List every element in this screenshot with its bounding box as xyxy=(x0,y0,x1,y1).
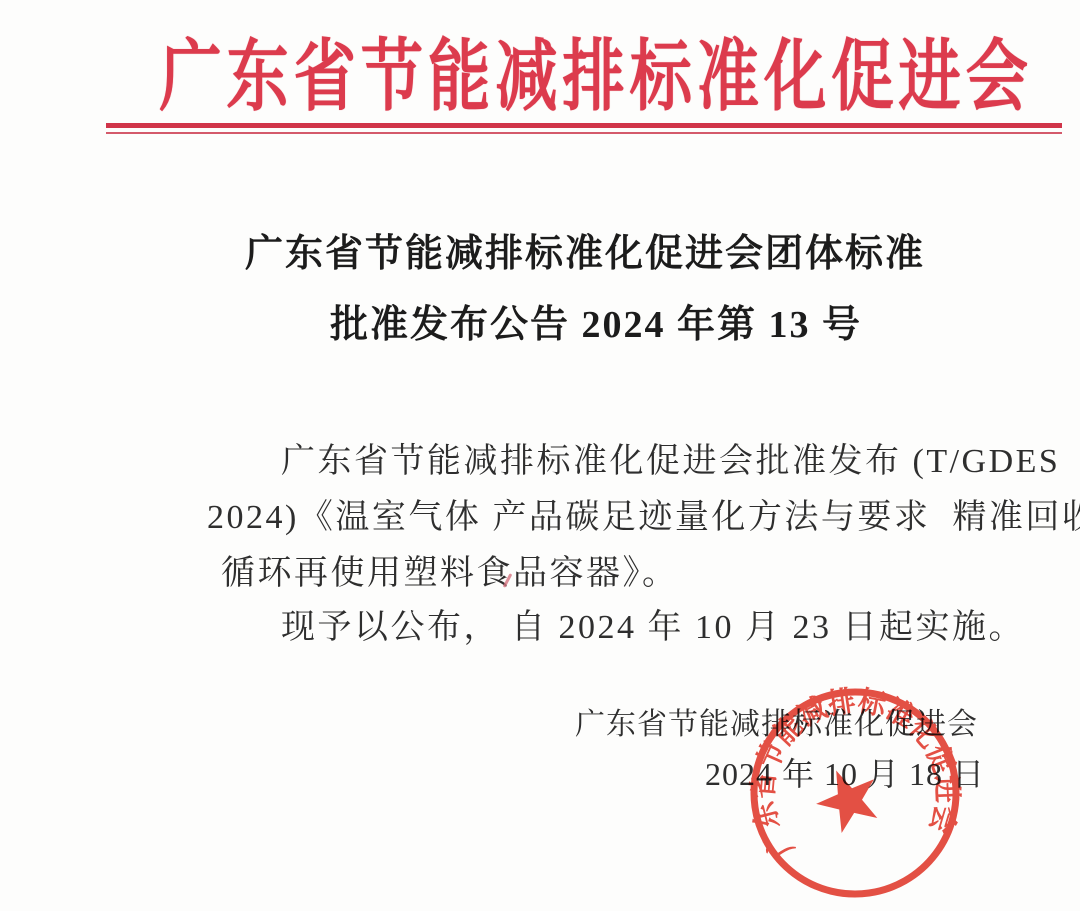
announcement-title-line1: 广东省节能减排标准化促进会团体标准 xyxy=(245,222,925,277)
body-paragraph-line: 现予以公布， 自 2024 年 10 月 23 日起实施。 xyxy=(281,599,1025,648)
letterhead: 广东省节能减排标准化促进会 xyxy=(0,14,1080,126)
announcement-document: 广东省节能减排标准化促进会 广东省节能减排标准化促进会团体标准 批准发布公告 2… xyxy=(0,0,1080,911)
announcement-title-line2: 批准发布公告 2024 年第 13 号 xyxy=(330,293,862,348)
letterhead-rule-thin xyxy=(106,132,1062,134)
letterhead-rule-thick xyxy=(106,123,1062,128)
body-paragraph-line: 广东省节能减排标准化促进会批准发布 (T/GDES 93- xyxy=(281,433,1080,482)
official-seal: 广东省节能减排标准化促进会 xyxy=(735,673,975,911)
svg-text:广东省节能减排标准化促进会: 广东省节能减排标准化促进会 xyxy=(735,673,971,866)
seal-curved-text: 广东省节能减排标准化促进会 xyxy=(735,673,971,866)
letterhead-org-name: 广东省节能减排标准化促进会 xyxy=(159,14,1033,126)
seal-star-icon xyxy=(812,765,881,836)
body-paragraph-line: 循环再使用塑料食品容器》。 xyxy=(221,545,679,594)
body-paragraph-line: 2024)《温室气体 产品碳足迹量化方法与要求 精准回收和 xyxy=(207,489,1080,538)
